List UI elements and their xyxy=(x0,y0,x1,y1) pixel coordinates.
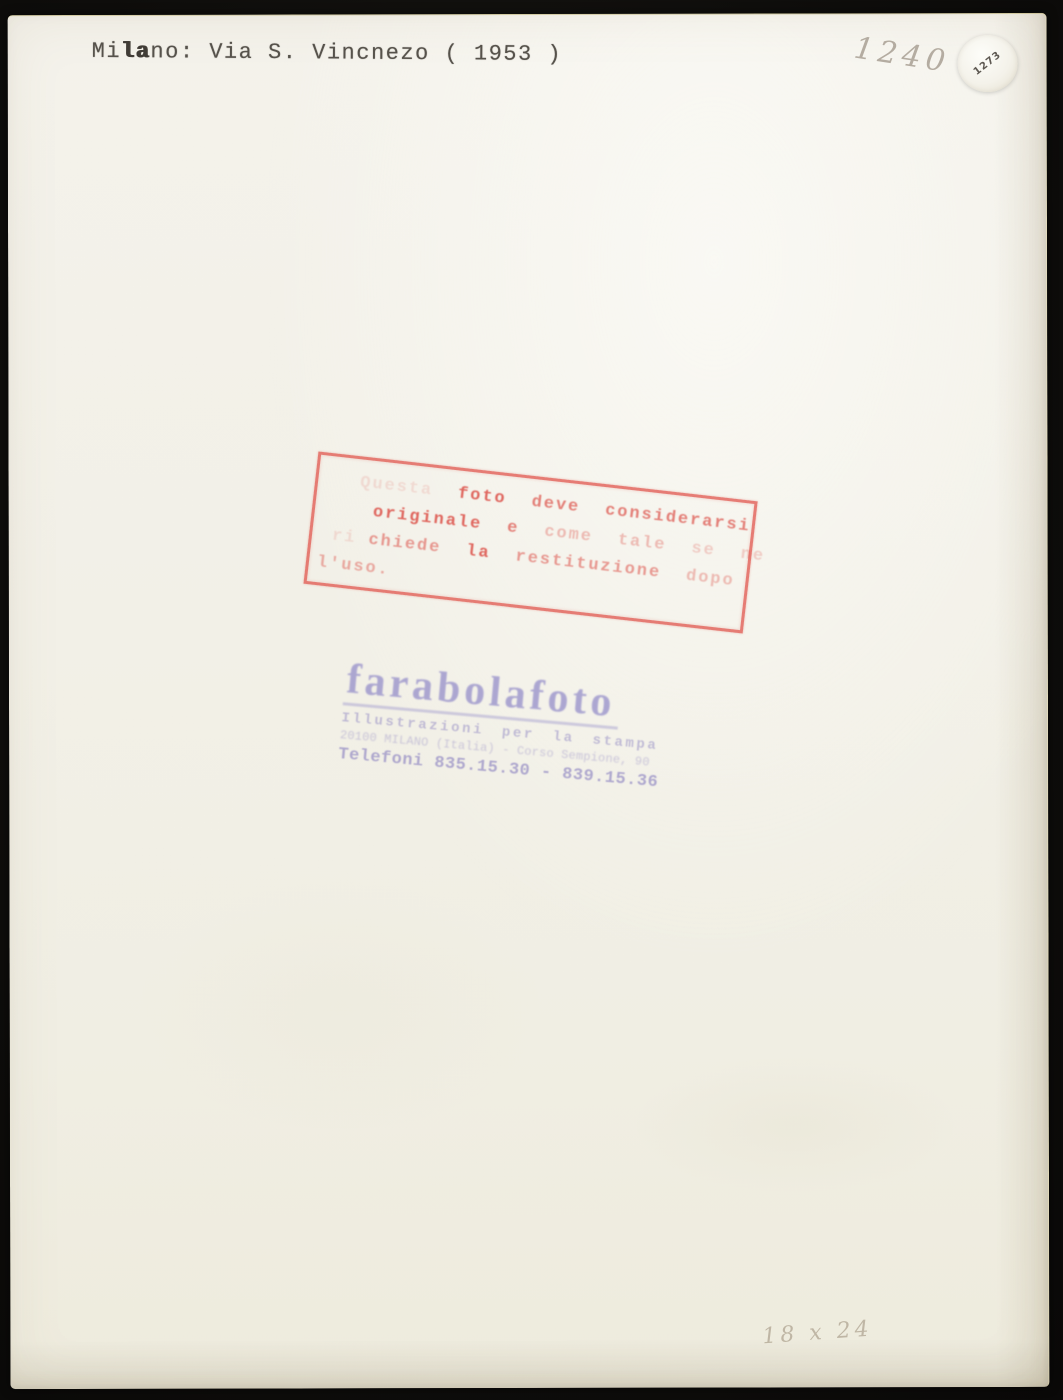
red-copyright-stamp: Questa foto deve considerarsi originale … xyxy=(303,451,757,633)
round-sticker: 1273 xyxy=(958,35,1018,92)
scan-background: Milano: Via S. Vincnezo ( 1953 ) 1240 ( … xyxy=(0,0,1063,1400)
photo-back-paper: Milano: Via S. Vincnezo ( 1953 ) 1240 ( … xyxy=(8,13,1050,1389)
caption-part1: Mi xyxy=(92,39,122,64)
pencil-size-note: 18 x 24 xyxy=(762,1316,874,1349)
paper-stain xyxy=(630,1054,960,1195)
caption-overstruck: la xyxy=(121,39,151,64)
paper-stain xyxy=(129,875,550,1136)
sticker-text: 1273 xyxy=(972,49,1004,77)
agency-stamp: farabolafoto Illustrazioni per la stampa… xyxy=(337,657,705,795)
caption-part2: no: Via S. Vincnezo ( 1953 ) xyxy=(150,39,562,67)
typed-caption: Milano: Via S. Vincnezo ( 1953 ) xyxy=(92,39,563,67)
